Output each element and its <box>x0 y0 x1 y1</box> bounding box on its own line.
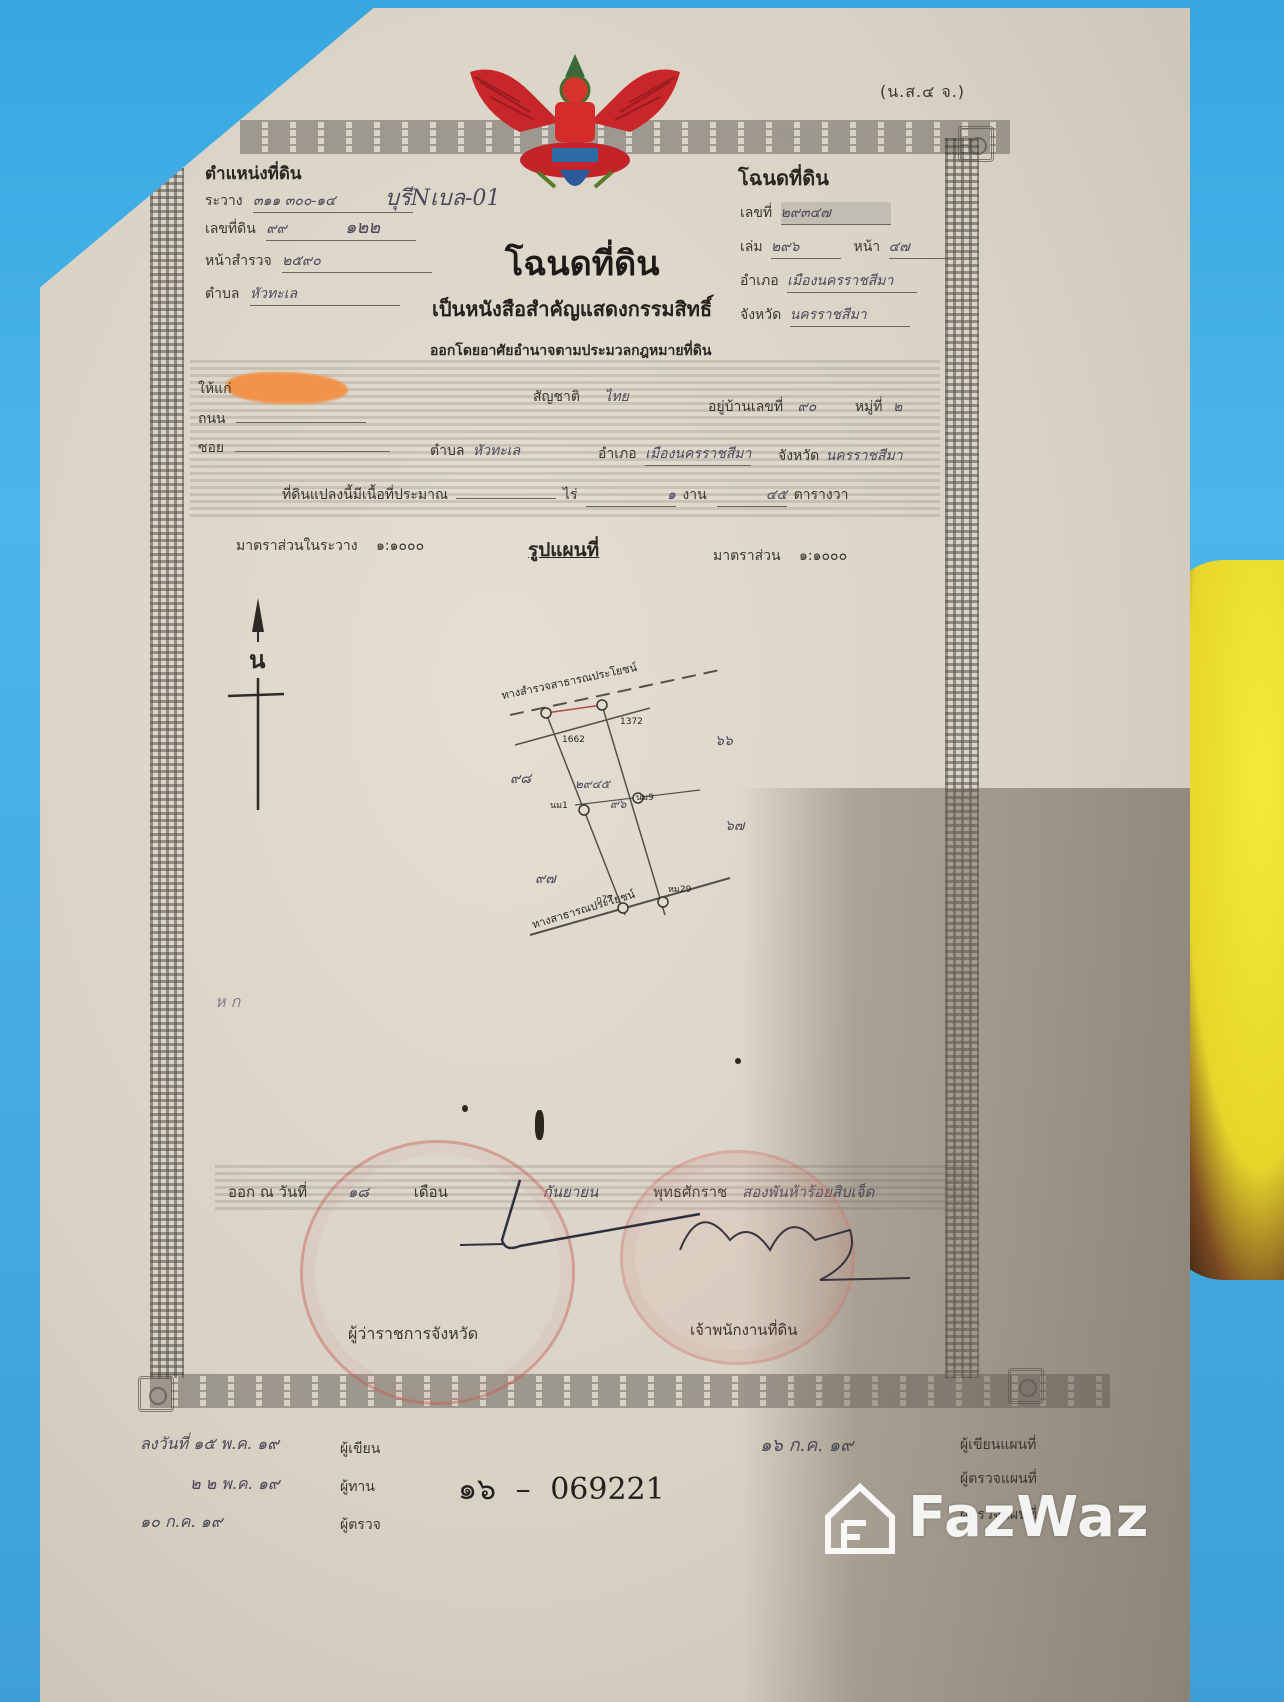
house-logo-icon <box>820 1477 900 1557</box>
field-label: เลขที่ดิน <box>205 221 256 237</box>
map-title: รูปแผนที่ <box>528 535 599 565</box>
location-row-land-no: เลขที่ดิน ๙๙ <box>205 218 416 241</box>
province-value: นครราชสีมา <box>826 448 903 464</box>
deed-row-province: จังหวัด นครราชสีมา <box>740 304 910 327</box>
pin-label: 1372 <box>620 717 643 727</box>
soi-value-line <box>235 451 390 452</box>
pin-label: นม1 <box>550 798 568 812</box>
wa-label: ตารางวา <box>794 487 849 503</box>
serial-digits: 069221 <box>550 1472 665 1507</box>
ink-smudge <box>462 1105 468 1112</box>
land-officer-signature-label: เจ้าพนักงานที่ดิน <box>690 1318 797 1342</box>
handwritten-annotation: บุรีNเบล-01 <box>385 180 500 215</box>
parcel-number: ๒๙๔๕ <box>575 775 610 794</box>
deed-number-value: ๒๙๓๔๗ <box>781 202 891 225</box>
field-label: เลขที่ <box>740 205 772 221</box>
serial-number: ๑๖ – 069221 <box>458 1466 665 1513</box>
location-row-survey-page: หน้าสำรวจ ๒๕๙๐ <box>205 250 432 273</box>
corner-ornament <box>138 1376 174 1412</box>
fazwaz-watermark: FazWaz <box>820 1472 1180 1562</box>
road-field: ถนน <box>198 408 366 430</box>
moo-value: ๒ <box>893 399 902 415</box>
pin-label: ก77 <box>596 892 613 906</box>
deed-row-number: เลขที่ ๒๙๓๔๗ <box>740 202 891 225</box>
ink-smudge <box>735 1058 741 1064</box>
scale-value: ๑:๑๐๐๐ <box>376 538 424 554</box>
neighbor-parcel: ๖๖ <box>715 730 733 752</box>
page-title: โฉนดที่ดิน <box>505 236 659 290</box>
deed-row-amphoe: อำเภอ เมืองนครราชสีมา <box>740 270 917 293</box>
field-label: ระวาง <box>205 193 243 209</box>
sheet-scale: มาตราส่วนในระวาง ๑:๑๐๐๐ <box>236 535 424 557</box>
field-value: ๒๕๙๐ <box>282 250 432 273</box>
house-no-field: อยู่บ้านเลขที่ ๙๐ หมู่ที่ ๒ <box>708 396 902 418</box>
field-label: หน้าสำรวจ <box>205 253 272 269</box>
serial-separator: – <box>516 1472 531 1507</box>
signature-stroke <box>460 1160 920 1310</box>
inspector-role: ผู้ตรวจ <box>340 1514 381 1536</box>
house-no-value: ๙๐ <box>798 399 817 415</box>
north-arrow-icon <box>228 598 288 813</box>
field-label: จังหวัด <box>740 307 781 323</box>
field-label: ออก ณ วันที่ <box>228 1183 307 1201</box>
map-scale: มาตราส่วน ๑:๑๐๐๐ <box>713 545 847 567</box>
amphoe-field: อำเภอ เมืองนครราชสีมา <box>598 443 751 466</box>
field-label: ซอย <box>198 440 224 456</box>
checker-role: ผู้ทาน <box>340 1476 375 1498</box>
amphoe-value: เมืองนครราชสีมา <box>645 443 751 466</box>
location-row-tambon: ตำบล หัวทะเล <box>205 283 400 306</box>
field-label: ตำบล <box>430 443 464 459</box>
ngan-label: งาน <box>682 487 706 503</box>
north-label: น <box>249 640 265 679</box>
scale-value: ๑:๑๐๐๐ <box>799 548 847 564</box>
province-value: นครราชสีมา <box>790 304 910 327</box>
field-label: สัญชาติ <box>533 389 580 405</box>
rai-line <box>456 498 556 499</box>
neighbor-parcel: ๙๗ <box>535 868 556 890</box>
form-code: (น.ส.๔ จ.) <box>880 80 965 105</box>
field-label: อยู่บ้านเลขที่ <box>708 399 783 415</box>
map-writer-date: ๑๖ ก.ค. ๑๙ <box>760 1430 853 1459</box>
neighbor-parcel: ๖๗ <box>725 815 744 837</box>
neighbor-parcel: ๙๘ <box>510 768 531 790</box>
inspector-date: ๑๐ ก.ค. ๑๙ <box>140 1510 223 1535</box>
left-border <box>150 168 184 1378</box>
nationality-field: สัญชาติ ไทย <box>533 386 629 408</box>
writer-role: ผู้เขียน <box>340 1438 380 1460</box>
tambon-field: ตำบล หัวทะเล <box>430 440 520 462</box>
field-value: หัวทะเล <box>250 283 400 306</box>
field-label: มาตราส่วน <box>713 548 781 564</box>
field-label: ตำบล <box>205 286 239 302</box>
deed-box-title: โฉนดที่ดิน <box>738 162 829 194</box>
field-label: หมู่ที่ <box>855 399 883 415</box>
document-subtitle: เป็นหนังสือสำคัญแสดงกรรมสิทธิ์ <box>432 293 712 325</box>
field-value: ๙๙ <box>266 218 416 241</box>
pin-label: หม29 <box>668 882 691 896</box>
area-intro-label: ที่ดินแปลงนี้มีเนื้อที่ประมาณ <box>282 487 448 503</box>
corner-ornament <box>958 126 994 162</box>
field-label: เล่ม <box>740 239 763 255</box>
map-writer-role: ผู้เขียนแผนที่ <box>960 1434 1036 1456</box>
area-row: ที่ดินแปลงนี้มีเนื้อที่ประมาณ ไร่ ๑ งาน … <box>282 484 848 507</box>
location-box-title: ตำแหน่งที่ดิน <box>205 160 302 187</box>
watermark-brand: FazWaz <box>908 1485 1150 1550</box>
page-value: ๔๗ <box>889 236 949 259</box>
nationality-value: ไทย <box>604 389 628 405</box>
pin-label: นม9 <box>636 790 654 804</box>
field-label: อำเภอ <box>740 273 779 289</box>
road-value-line <box>236 422 366 423</box>
owner-to-label: ให้แก่ <box>198 378 232 400</box>
pin-label: 1662 <box>562 735 585 745</box>
parcel-sub-number: ๙๖ <box>610 795 626 814</box>
ink-smudge <box>535 1110 544 1140</box>
margin-note: ห ก <box>215 990 240 1015</box>
amphoe-value: เมืองนครราชสีมา <box>787 270 917 293</box>
governor-signature-label: ผู้ว่าราชการจังหวัด <box>348 1322 478 1347</box>
corner-ornament <box>1008 1368 1044 1404</box>
bottom-border <box>150 1374 1110 1408</box>
tambon-value: หัวทะเล <box>473 443 520 459</box>
volume-value: ๒๙๖ <box>771 236 841 259</box>
field-label: จังหวัด <box>778 448 819 464</box>
deed-row-volume: เล่ม ๒๙๖ หน้า ๔๗ <box>740 236 949 259</box>
soi-field: ซอย <box>198 437 390 459</box>
field-label: หน้า <box>854 239 881 255</box>
wa-value: ๔๕ <box>717 484 787 507</box>
location-row-rawang: ระวาง ๓๑๑ ๓๐๐-๑๔ <box>205 190 413 213</box>
field-label: ถนน <box>198 411 226 427</box>
rai-label: ไร่ <box>563 487 578 503</box>
serial-prefix: ๑๖ <box>458 1472 496 1507</box>
issued-by-text: ออกโดยอาศัยอำนาจตามประมวลกฎหมายที่ดิน <box>430 340 711 362</box>
writer-date: ลงวันที่ ๑๕ พ.ค. ๑๙ <box>140 1432 279 1457</box>
field-label: อำเภอ <box>598 446 637 462</box>
field-label: มาตราส่วนในระวาง <box>236 538 358 554</box>
ngan-value: ๑ <box>586 484 676 507</box>
province-field: จังหวัด นครราชสีมา <box>778 445 903 467</box>
handwritten-annotation: ๑๒๒ <box>345 212 380 241</box>
checker-date: ๒ ๒ พ.ค. ๑๙ <box>190 1472 280 1497</box>
